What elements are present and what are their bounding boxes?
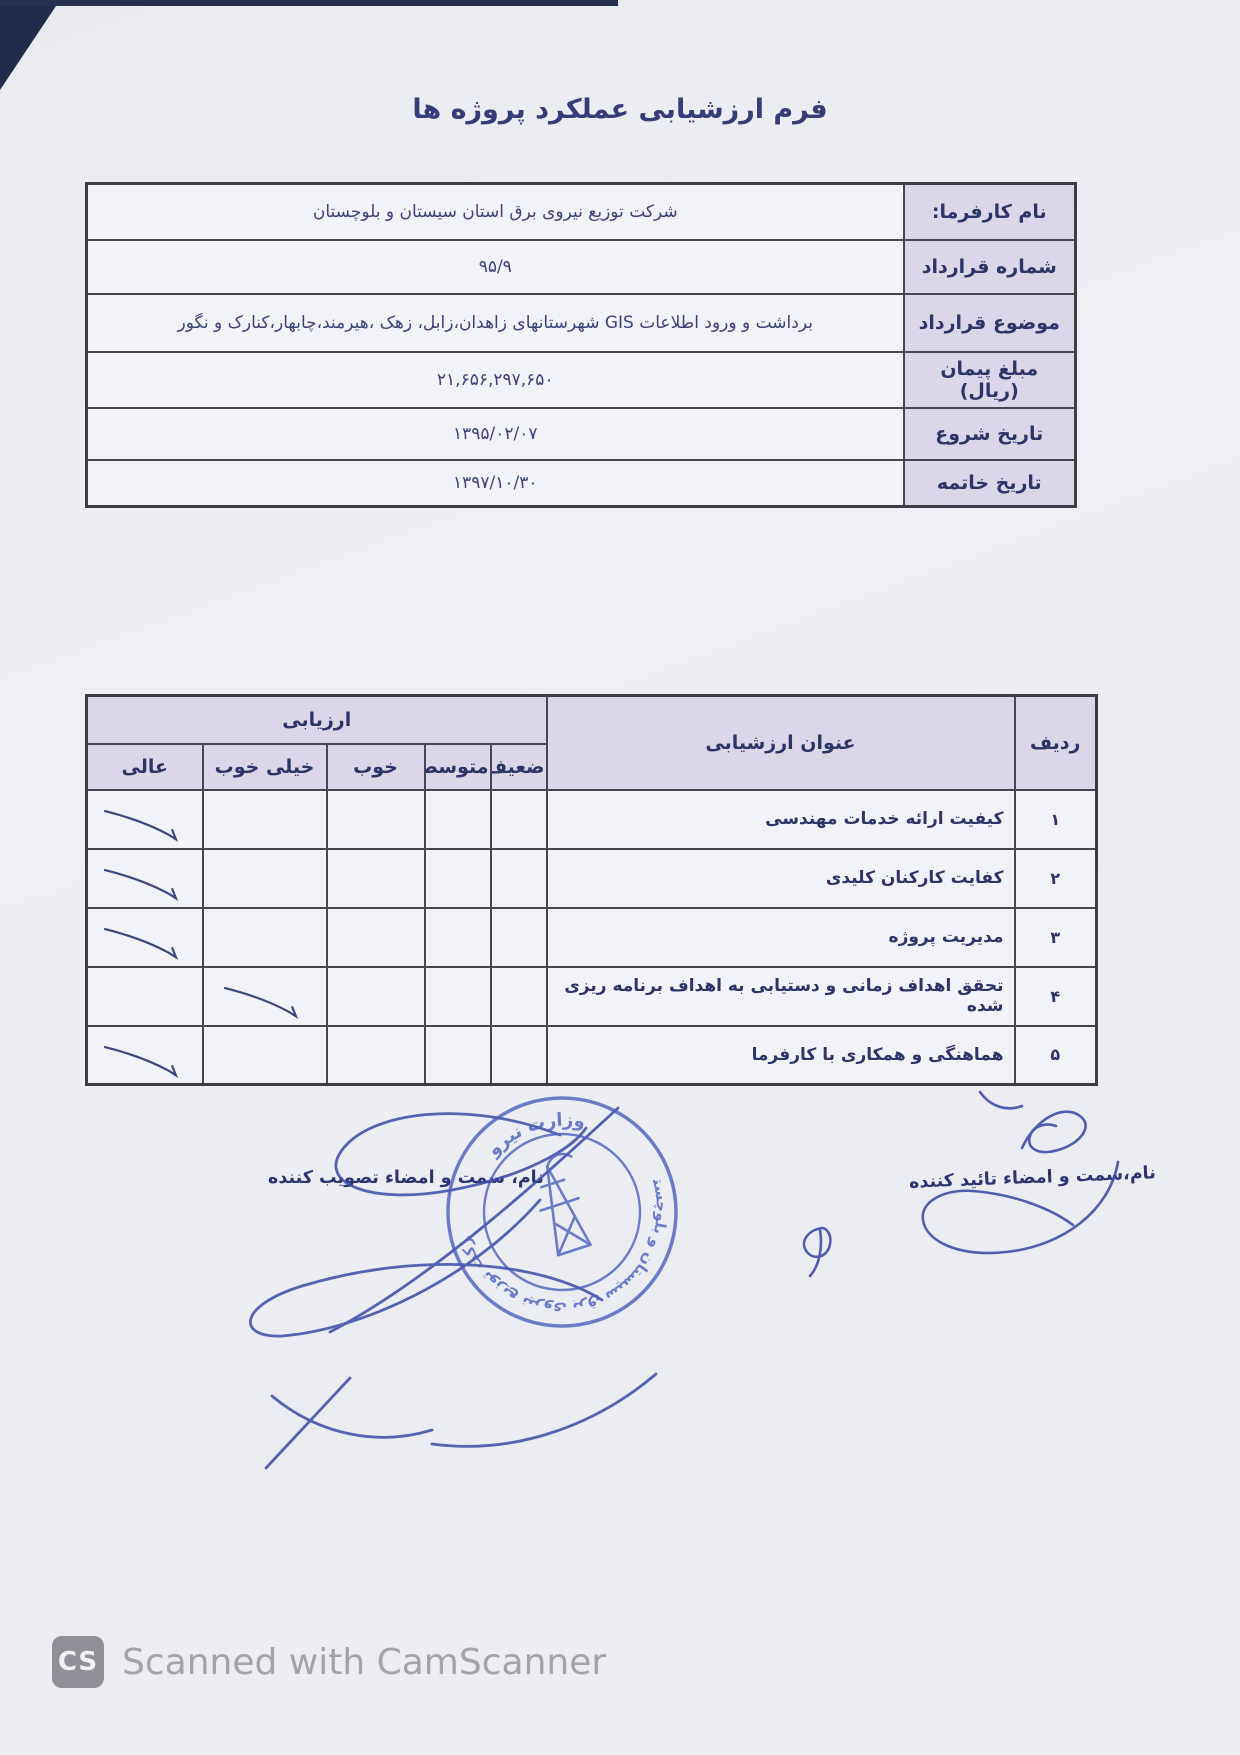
evaluation-table-row: ۴تحقق اهداف زمانی و دستیابی به اهداف برن… — [87, 967, 1097, 1026]
info-table-row: نام کارفرما:شرکت توزیع نیروی برق استان س… — [87, 184, 1076, 240]
rating-cell-متوسط — [425, 967, 491, 1026]
evaluation-table: ردیف عنوان ارزشیابی ارزیابی ضعیف متوسط خ… — [85, 694, 1098, 1086]
info-table-row: مبلغ پیمان (ریال)۲۱,۶۵۶,۲۹۷,۶۵۰ — [87, 352, 1076, 408]
rating-cell-متوسط — [425, 1026, 491, 1085]
col-header-very-good: خیلی خوب — [203, 744, 327, 790]
row-number: ۳ — [1015, 908, 1097, 967]
checkmark-icon — [99, 861, 191, 901]
evaluation-table-row: ۱کیفیت ارائه خدمات مهندسی — [87, 790, 1097, 849]
contract-info-table: نام کارفرما:شرکت توزیع نیروی برق استان س… — [85, 182, 1077, 508]
rating-cell-عالی — [87, 967, 203, 1026]
evaluation-criterion: تحقق اهداف زمانی و دستیابی به اهداف برنا… — [547, 967, 1015, 1026]
scanned-form-page: فرم ارزشیابی عملکرد پروژه ها نام کارفرما… — [0, 0, 1240, 1755]
checkmark-icon — [219, 979, 311, 1019]
info-table-row: تاریخ شروع۱۳۹۵/۰۲/۰۷ — [87, 408, 1076, 460]
rating-cell-عالی — [87, 790, 203, 849]
evaluation-criterion: هماهنگی و همکاری با کارفرما — [547, 1026, 1015, 1085]
col-header-good: خوب — [327, 744, 425, 790]
col-header-excellent: عالی — [87, 744, 203, 790]
rating-cell-خوب — [327, 790, 425, 849]
checkmark-icon — [99, 920, 191, 960]
company-stamp: وزارت نیرو شرکت توزیع نیروی برق سیستان و… — [418, 1068, 705, 1355]
rating-cell-خیلی خوب — [203, 967, 327, 1026]
info-table-row: موضوع قراردادبرداشت و ورود اطلاعات GIS ش… — [87, 294, 1076, 352]
evaluation-table-row: ۵هماهنگی و همکاری با کارفرما — [87, 1026, 1097, 1085]
rating-cell-عالی — [87, 849, 203, 908]
rating-cell-ضعیف — [491, 967, 547, 1026]
col-header-rating-group: ارزیابی — [87, 696, 547, 744]
rating-cell-عالی — [87, 908, 203, 967]
rating-cell-خیلی خوب — [203, 849, 327, 908]
rating-cell-خیلی خوب — [203, 1026, 327, 1085]
evaluation-criterion: کفایت کارکنان کلیدی — [547, 849, 1015, 908]
info-row-label: تاریخ خاتمه — [904, 460, 1076, 507]
rating-cell-ضعیف — [491, 1026, 547, 1085]
approver-signature — [250, 1108, 656, 1468]
eval-table-body: ۱کیفیت ارائه خدمات مهندسی۲کفایت کارکنان … — [87, 790, 1097, 1085]
col-header-evaluation-title: عنوان ارزشیابی — [547, 696, 1015, 790]
info-row-value: ۹۵/۹ — [87, 240, 904, 294]
info-row-label: مبلغ پیمان (ریال) — [904, 352, 1076, 408]
scan-edge-artifact — [0, 0, 618, 6]
info-table-body: نام کارفرما:شرکت توزیع نیروی برق استان س… — [87, 184, 1076, 507]
col-header-average: متوسط — [425, 744, 491, 790]
info-row-label: تاریخ شروع — [904, 408, 1076, 460]
row-number: ۴ — [1015, 967, 1097, 1026]
evaluation-table-row: ۲کفایت کارکنان کلیدی — [87, 849, 1097, 908]
info-row-value: ۱۳۹۵/۰۲/۰۷ — [87, 408, 904, 460]
stamp-top-text: وزارت نیرو — [478, 1098, 593, 1164]
camscanner-text: Scanned with CamScanner — [122, 1642, 606, 1683]
rating-cell-عالی — [87, 1026, 203, 1085]
evaluation-criterion: کیفیت ارائه خدمات مهندسی — [547, 790, 1015, 849]
rating-cell-متوسط — [425, 790, 491, 849]
svg-text:وزارت نیرو: وزارت نیرو — [478, 1098, 593, 1164]
svg-text:شرکت توزیع نیروی برق سیستان و: شرکت توزیع نیروی برق سیستان و بلوچستان — [453, 1165, 700, 1347]
camscanner-logo: CS — [52, 1636, 104, 1688]
rating-cell-ضعیف — [491, 908, 547, 967]
verifier-signature-label: نام،سمت و امضاء تائید کننده — [909, 1163, 1156, 1192]
info-row-label: نام کارفرما: — [904, 184, 1076, 240]
row-number: ۲ — [1015, 849, 1097, 908]
info-row-value: برداشت و ورود اطلاعات GIS شهرستانهای زاه… — [87, 294, 904, 352]
row-number: ۱ — [1015, 790, 1097, 849]
rating-cell-خوب — [327, 849, 425, 908]
checkmark-icon — [99, 802, 191, 842]
rating-cell-متوسط — [425, 849, 491, 908]
camscanner-watermark: CS Scanned with CamScanner — [52, 1636, 606, 1688]
checkmark-icon — [99, 1038, 191, 1078]
rating-cell-خیلی خوب — [203, 908, 327, 967]
rating-cell-خوب — [327, 967, 425, 1026]
evaluation-criterion: مدیریت پروژه — [547, 908, 1015, 967]
info-row-value: ۱۳۹۷/۱۰/۳۰ — [87, 460, 904, 507]
info-table-row: تاریخ خاتمه۱۳۹۷/۱۰/۳۰ — [87, 460, 1076, 507]
power-pylon-icon — [526, 1151, 599, 1256]
col-header-row-number: ردیف — [1015, 696, 1097, 790]
row-number: ۵ — [1015, 1026, 1097, 1085]
rating-cell-متوسط — [425, 908, 491, 967]
col-header-weak: ضعیف — [491, 744, 547, 790]
rating-cell-خوب — [327, 1026, 425, 1085]
scan-corner-artifact — [0, 0, 60, 90]
stamp-bottom-text: شرکت توزیع نیروی برق سیستان و بلوچستان — [453, 1165, 700, 1347]
page-title: فرم ارزشیابی عملکرد پروژه ها — [0, 94, 1240, 125]
eval-header-row-1: ردیف عنوان ارزشیابی ارزیابی — [87, 696, 1097, 744]
rating-cell-ضعیف — [491, 790, 547, 849]
rating-cell-خوب — [327, 908, 425, 967]
approver-signature-label: نام، سمت و امضاء تصویب کننده — [268, 1168, 544, 1188]
info-row-value: ۲۱,۶۵۶,۲۹۷,۶۵۰ — [87, 352, 904, 408]
evaluation-table-row: ۳مدیریت پروژه — [87, 908, 1097, 967]
rating-cell-خیلی خوب — [203, 790, 327, 849]
info-row-label: موضوع قرارداد — [904, 294, 1076, 352]
rating-cell-ضعیف — [491, 849, 547, 908]
info-row-label: شماره قرارداد — [904, 240, 1076, 294]
info-row-value: شرکت توزیع نیروی برق استان سیستان و بلوچ… — [87, 184, 904, 240]
info-table-row: شماره قرارداد۹۵/۹ — [87, 240, 1076, 294]
